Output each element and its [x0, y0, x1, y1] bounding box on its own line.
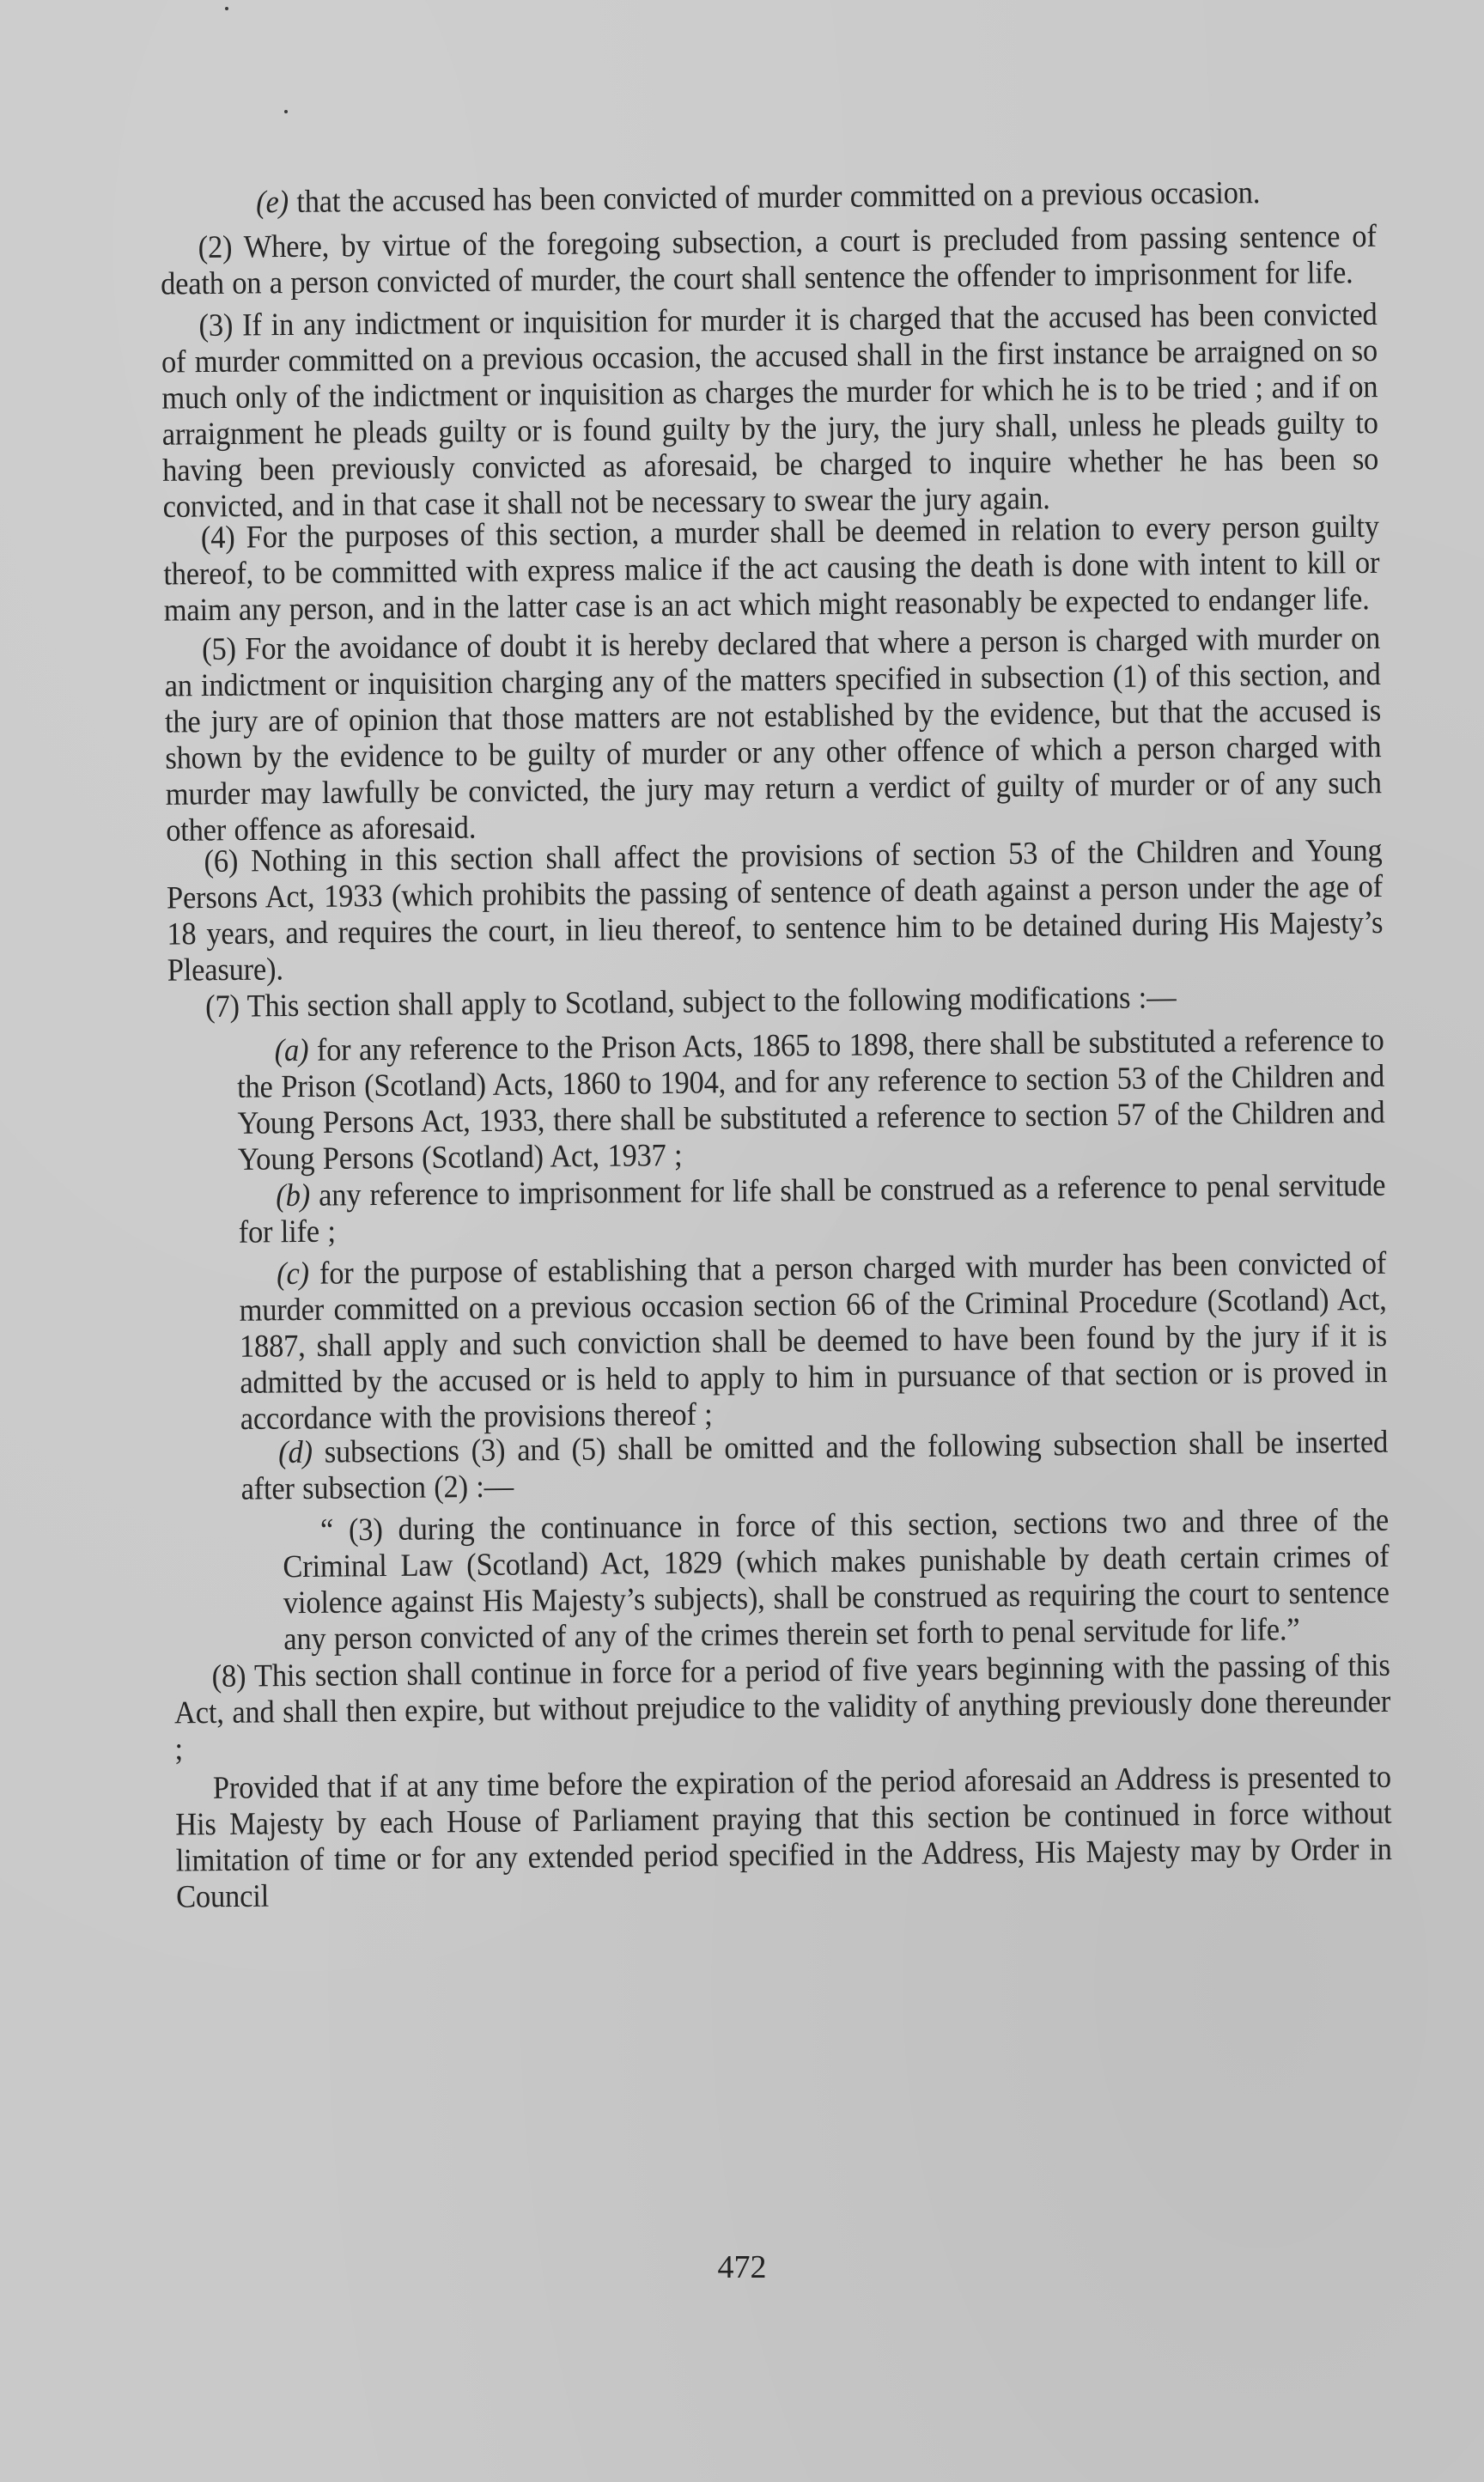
- paragraph-text: that the accused has been convicted of m…: [296, 175, 1260, 220]
- paragraph-text: for the purpose of establishing that a p…: [239, 1245, 1387, 1436]
- paragraph-7d: (d) subsections (3) and (5) shall be omi…: [240, 1424, 1389, 1507]
- paragraph-text: If in any indictment or inquisition for …: [161, 296, 1379, 524]
- paragraph-2: (2) Where, by virtue of the foregoing su…: [160, 218, 1377, 302]
- paragraph-text: Provided that if at any time before the …: [175, 1759, 1392, 1914]
- paragraph-4: (4) For the purposes of this section, a …: [163, 508, 1380, 629]
- paragraph-text: any reference to imprisonment for life s…: [239, 1167, 1386, 1250]
- paragraph-5: (5) For the avoidance of doubt it is her…: [164, 620, 1382, 849]
- paragraph-text: For the purposes of this section, a murd…: [163, 508, 1379, 628]
- paragraph-text: For the avoidance of doubt it is hereby …: [164, 620, 1382, 848]
- paragraph-label: (7): [205, 989, 240, 1024]
- paragraph-label: (4): [201, 520, 235, 555]
- paragraph-label: (5): [202, 631, 236, 666]
- paragraph-text: This section shall continue in force for…: [174, 1647, 1390, 1767]
- paragraph-8-proviso: Provided that if at any time before the …: [175, 1759, 1393, 1915]
- paper-speck: [225, 7, 228, 10]
- paragraph-7c: (c) for the purpose of establishing that…: [239, 1245, 1388, 1437]
- paragraph-7d-quoted-subsection: “ (3) during the continuance in force of…: [283, 1502, 1390, 1658]
- paragraph-label: (e): [256, 185, 289, 220]
- paragraph-text: subsections (3) and (5) shall be omitted…: [240, 1424, 1388, 1506]
- paragraph-label: (3): [198, 307, 233, 343]
- paragraph-6: (6) Nothing in this section shall affect…: [166, 832, 1384, 989]
- paragraph-label: (2): [198, 229, 232, 265]
- paragraph-text: during the continuance in force of this …: [283, 1502, 1390, 1657]
- paper-speck: [284, 110, 288, 113]
- paragraph-text: Where, by virtue of the foregoing subsec…: [161, 218, 1377, 301]
- paragraph-7b: (b) any reference to imprisonment for li…: [238, 1167, 1386, 1250]
- paragraph-label: (c): [277, 1256, 309, 1291]
- paragraph-text: Nothing in this section shall affect the…: [167, 832, 1384, 988]
- statute-text-body: (e) that the accused has been convicted …: [160, 173, 1392, 1905]
- scanned-page: (e) that the accused has been convicted …: [0, 0, 1484, 2482]
- paragraph-7a: (a) for any reference to the Prison Acts…: [236, 1022, 1385, 1177]
- paragraph-1e: (e) that the accused has been convicted …: [160, 173, 1376, 222]
- paragraph-8: (8) This section shall continue in force…: [173, 1647, 1390, 1767]
- paragraph-text: for any reference to the Prison Acts, 18…: [237, 1022, 1385, 1177]
- paragraph-label: (8): [211, 1658, 246, 1694]
- paragraph-label: (b): [276, 1177, 310, 1213]
- paragraph-3: (3) If in any indictment or inquisition …: [161, 296, 1378, 525]
- paragraph-label: “ (3): [320, 1512, 383, 1548]
- page-number: 472: [0, 2248, 1484, 2286]
- paragraph-label: (6): [204, 843, 238, 879]
- paragraph-label: (d): [278, 1434, 313, 1469]
- paragraph-label: (a): [274, 1032, 308, 1068]
